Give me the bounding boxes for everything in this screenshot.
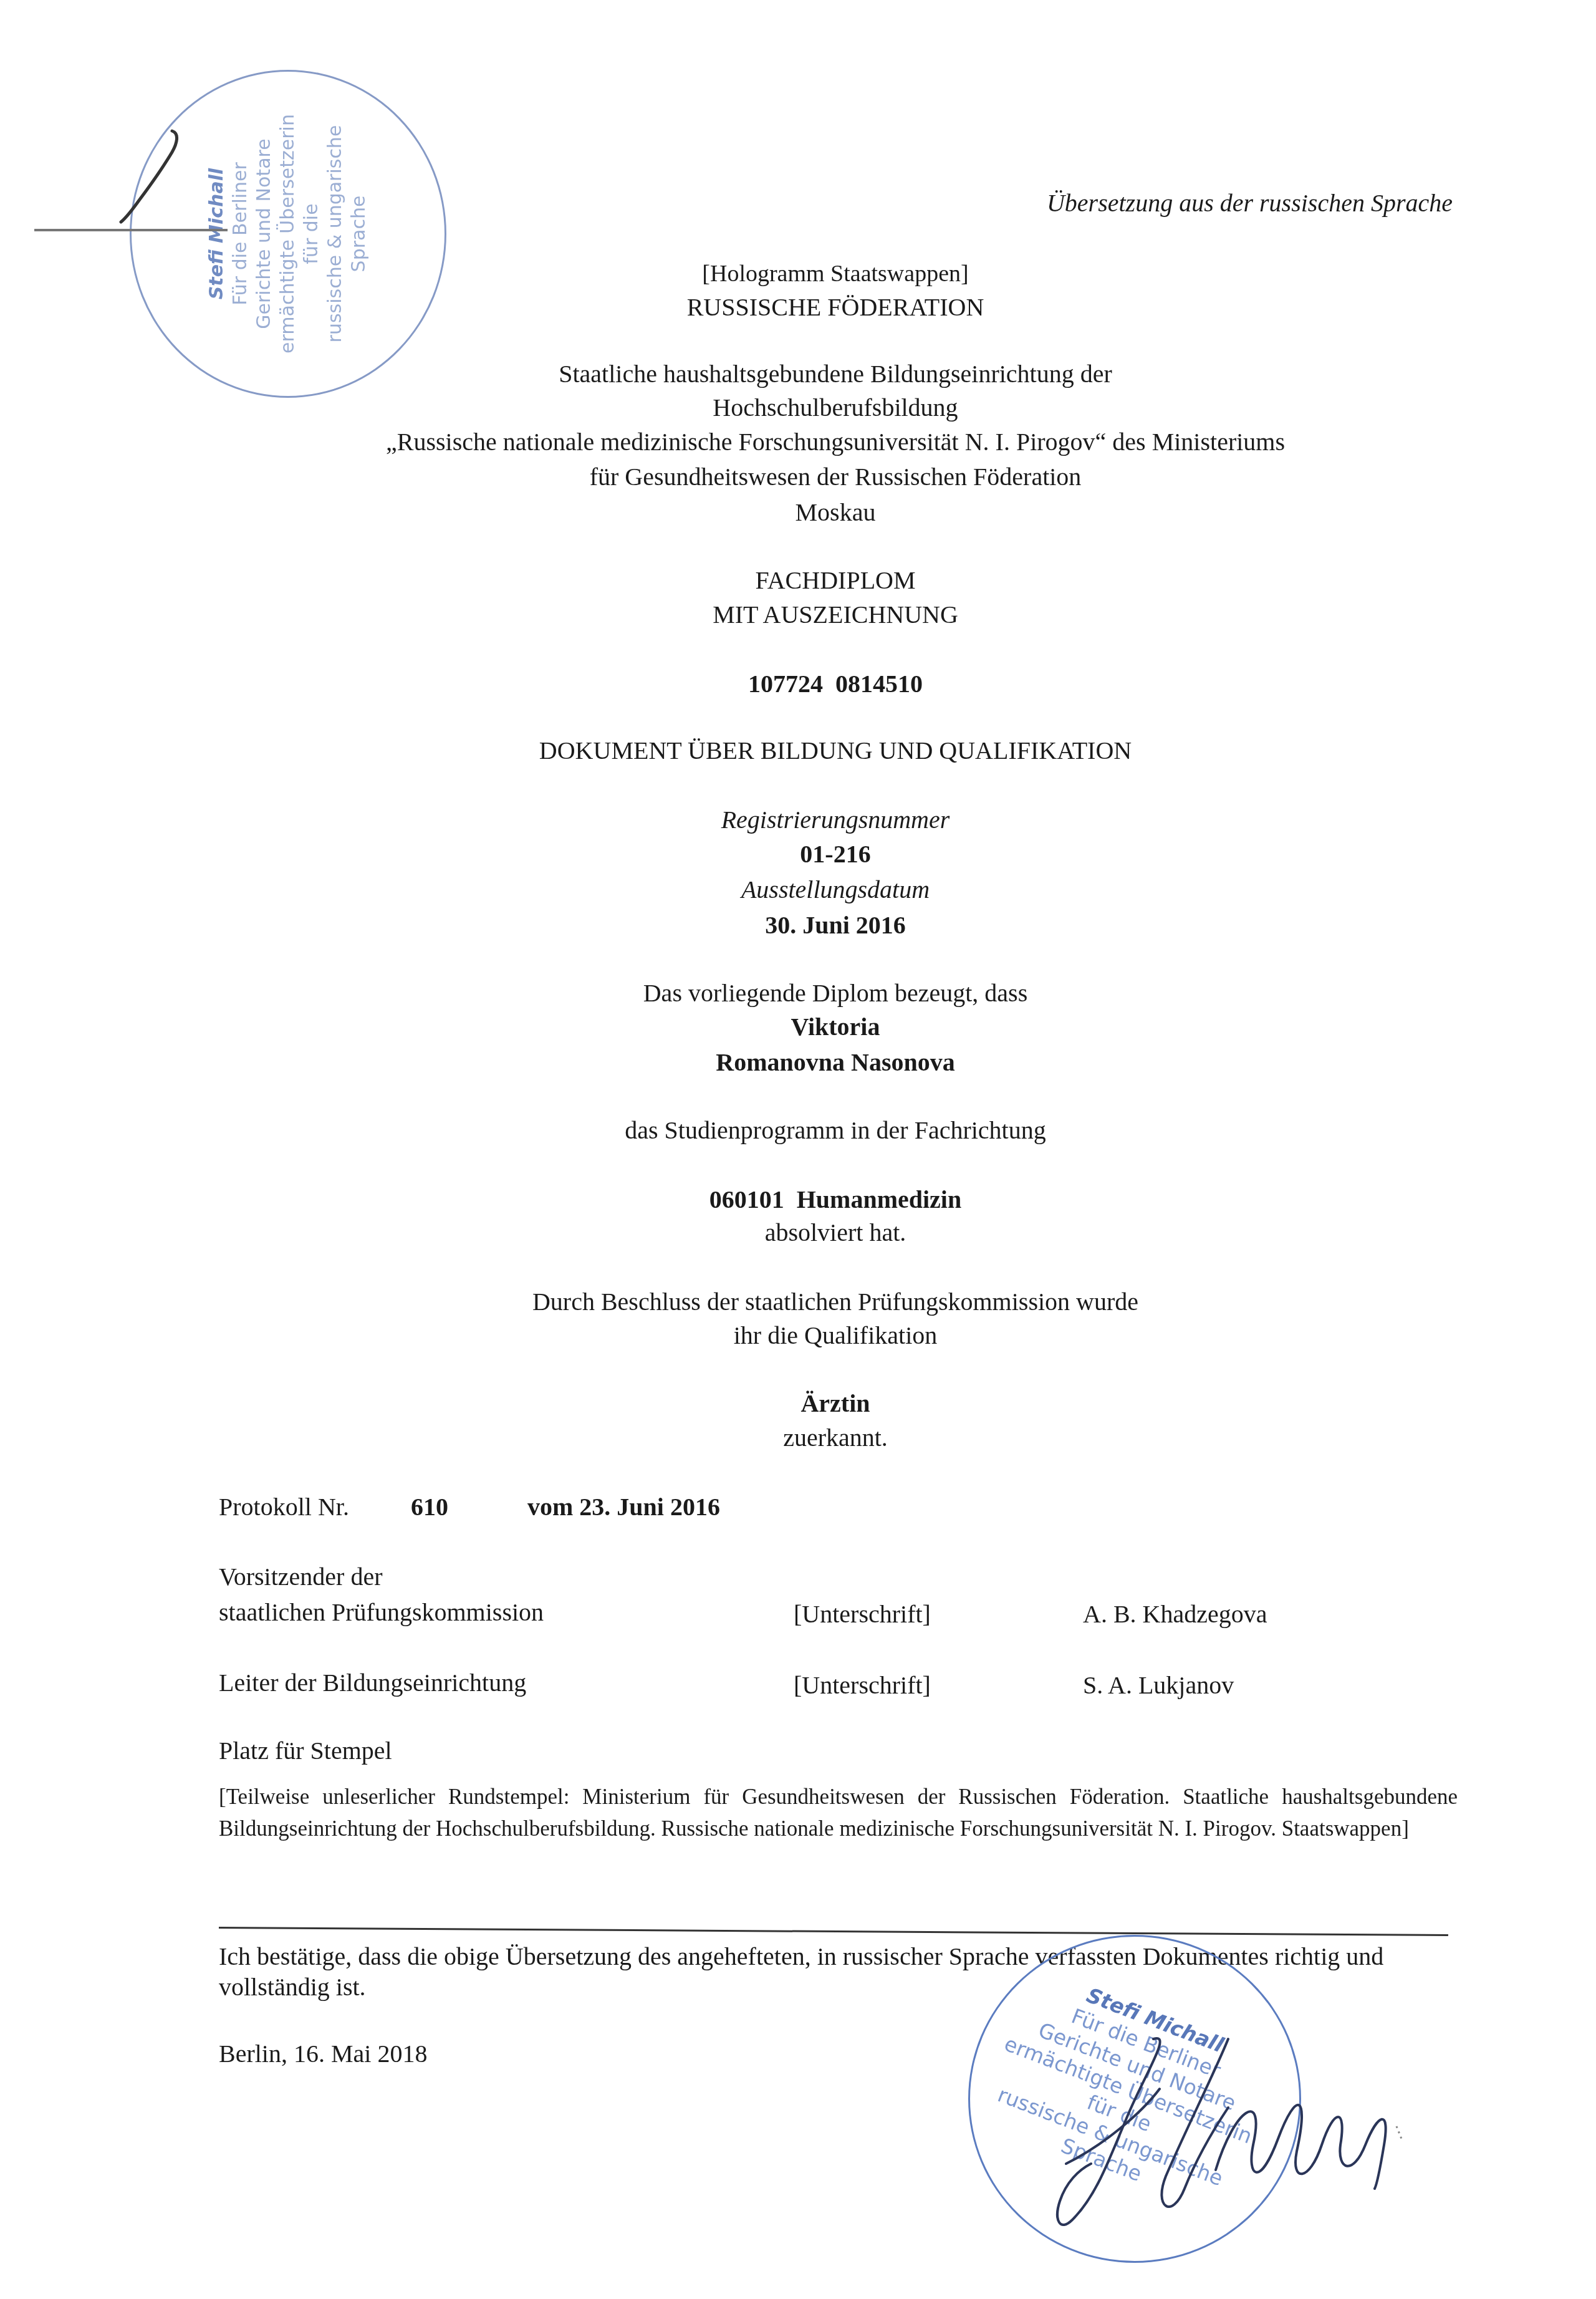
institution-line: für Gesundheitswesen der Russischen Föde… [0,465,1596,489]
protocol-number: 610 [411,1495,448,1520]
stamp-place-label: Platz für Stempel [219,1738,392,1763]
holder-first-name: Viktoria [0,1015,1596,1039]
qualification: Ärztin [0,1391,1596,1416]
certifies-text: Das vorliegende Diplom bezeugt, dass [0,981,1596,1006]
certification-place-date: Berlin, 16. Mai 2018 [219,2041,427,2066]
stamp-line: ermächtigte Übersetzerin [276,72,300,396]
signature-placeholder: [Unterschrift] [794,1602,931,1627]
stamp-description: [Teilweise unleserlicher Rundstempel: Mi… [219,1781,1458,1844]
diploma-number: 107724 0814510 [0,672,1596,696]
country-title: RUSSISCHE FÖDERATION [0,295,1596,320]
diploma-title: FACHDIPLOM [0,568,1596,593]
handwritten-signature-icon [1029,2033,1478,2257]
protocol-date: vom 23. Juni 2016 [527,1495,720,1520]
stamp-translator-name: Stefi Michall [205,72,229,396]
decision-text: ihr die Qualifikation [0,1323,1596,1348]
stamp-line: Gerichte und Notare [252,72,276,396]
diploma-subtitle: MIT AUSZEICHNUNG [0,602,1596,627]
registration-label: Registrierungsnummer [0,807,1596,832]
translator-stamp-top: Stefi Michall Für die Berliner Gerichte … [130,70,446,398]
completed-text: absolviert hat. [0,1220,1596,1245]
signatory-role: staatlichen Prüfungskommission [219,1600,544,1625]
stamp-line: für die [300,72,324,396]
registration-number: 01-216 [0,842,1596,867]
hologram-note: [Hologramm Staatswappen] [0,262,1596,286]
signatory-role: Leiter der Bildungseinrichtung [219,1670,526,1695]
certification-statement: Ich bestätige, dass die obige Übersetzun… [219,1941,1466,2002]
signature-placeholder: [Unterschrift] [794,1673,931,1698]
stamp-line: Sprache [347,72,371,396]
stamp-line: Für die Berliner [229,72,252,396]
document-type: DOKUMENT ÜBER BILDUNG UND QUALIFIKATION [0,738,1596,763]
program-intro: das Studienprogramm in der Fachrichtung [0,1118,1596,1143]
holder-last-names: Romanovna Nasonova [0,1050,1596,1075]
stamp-text: Stefi Michall Für die Berliner Gerichte … [205,72,371,396]
stamp-line: russische & ungarische [324,72,347,396]
institution-line: „Russische nationale medizinische Forsch… [0,430,1596,455]
program-name: 060101 Humanmedizin [0,1187,1596,1212]
divider [219,1927,1448,1936]
issue-date: 30. Juni 2016 [0,913,1596,938]
signatory-name: S. A. Lukjanov [1083,1673,1234,1698]
institution-line: Staatliche haushaltsgebundene Bildungsei… [0,362,1596,387]
decision-text: Durch Beschluss der staatlichen Prüfungs… [0,1289,1596,1314]
translation-note: Übersetzung aus der russischen Sprache [1047,191,1453,216]
awarded-text: zuerkannt. [0,1425,1596,1450]
institution-line: Hochschulberufsbildung [0,395,1596,420]
thread-mark-icon [112,125,199,231]
signatory-role: Vorsitzender der [219,1564,383,1589]
signatory-name: A. B. Khadzegova [1083,1602,1267,1627]
issue-date-label: Ausstellungsdatum [0,877,1596,902]
protocol-label: Protokoll Nr. [219,1495,349,1520]
institution-city: Moskau [0,500,1596,525]
